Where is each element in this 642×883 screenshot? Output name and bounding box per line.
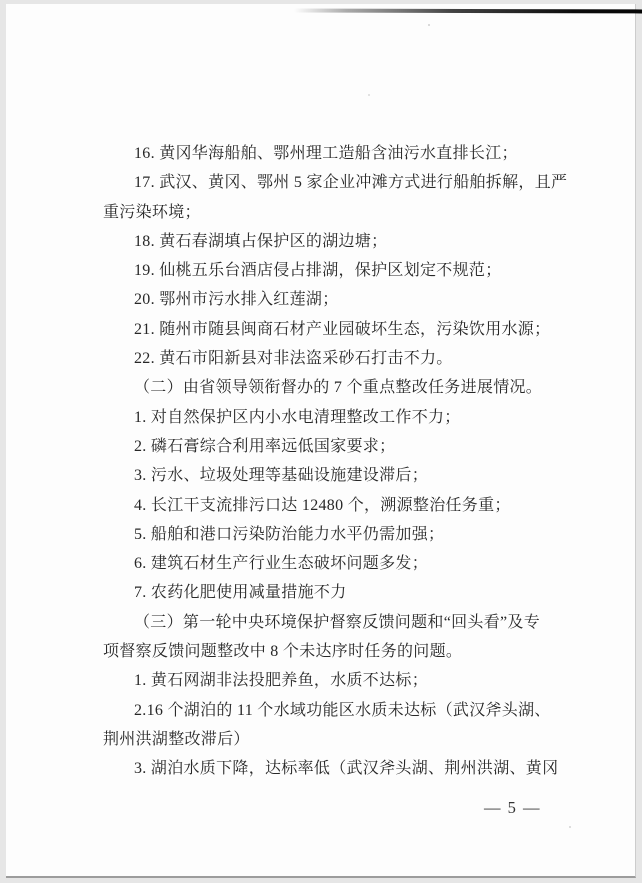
document-line: 22. 黄石市阳新县对非法盗采砂石打击不力。 [103, 344, 573, 373]
page-number: — 5 — [484, 798, 541, 818]
document-line: 7. 农药化肥使用减量措施不力 [103, 578, 573, 607]
document-line: 21. 随州市随县闽商石材产业园破坏生态，污染饮用水源； [103, 315, 573, 344]
document-line: 重污染环境； [103, 198, 573, 227]
document-line: 3. 污水、垃圾处理等基础设施建设滞后； [103, 461, 573, 490]
document-line: 1. 黄石网湖非法投肥养鱼，水质不达标； [103, 666, 573, 695]
scan-speck [428, 24, 430, 26]
document-text-block: 16. 黄冈华海船舶、鄂州理工造船含油污水直排长江； 17. 武汉、黄冈、鄂州 … [103, 139, 573, 784]
scan-edge-artifact [294, 9, 642, 14]
scan-speck [569, 826, 571, 828]
document-section-heading: （二）由省领导领衔督办的 7 个重点整改任务进展情况。 [103, 373, 573, 402]
document-line: 2. 磷石膏综合利用率远低国家要求； [103, 432, 573, 461]
document-line: 19. 仙桃五乐台酒店侵占排湖，保护区划定不规范； [103, 256, 573, 285]
document-line: 20. 鄂州市污水排入红莲湖； [103, 285, 573, 314]
document-line: 5. 船舶和港口污染防治能力水平仍需加强； [103, 520, 573, 549]
document-line: 2.16 个湖泊的 11 个水域功能区水质未达标（武汉斧头湖、 [103, 696, 573, 725]
document-line: 项督察反馈问题整改中 8 个未达序时任务的问题。 [103, 637, 573, 666]
document-line: 18. 黄石春湖填占保护区的湖边塘； [103, 227, 573, 256]
document-line: 6. 建筑石材生产行业生态破坏问题多发； [103, 549, 573, 578]
document-line: 3. 湖泊水质下降，达标率低（武汉斧头湖、荆州洪湖、黄冈 [103, 754, 573, 783]
scan-speck [368, 94, 370, 96]
document-line: 4. 长江干支流排污口达 12480 个，溯源整治任务重； [103, 491, 573, 520]
document-line: 16. 黄冈华海船舶、鄂州理工造船含油污水直排长江； [103, 139, 573, 168]
document-line: 17. 武汉、黄冈、鄂州 5 家企业冲滩方式进行船舶拆解，且严 [103, 168, 573, 197]
document-section-heading: （三）第一轮中央环境保护督察反馈问题和“回头看”及专 [103, 608, 573, 637]
document-line: 荆州洪湖整改滞后） [103, 725, 573, 754]
document-line: 1. 对自然保护区内小水电清理整改工作不力； [103, 403, 573, 432]
